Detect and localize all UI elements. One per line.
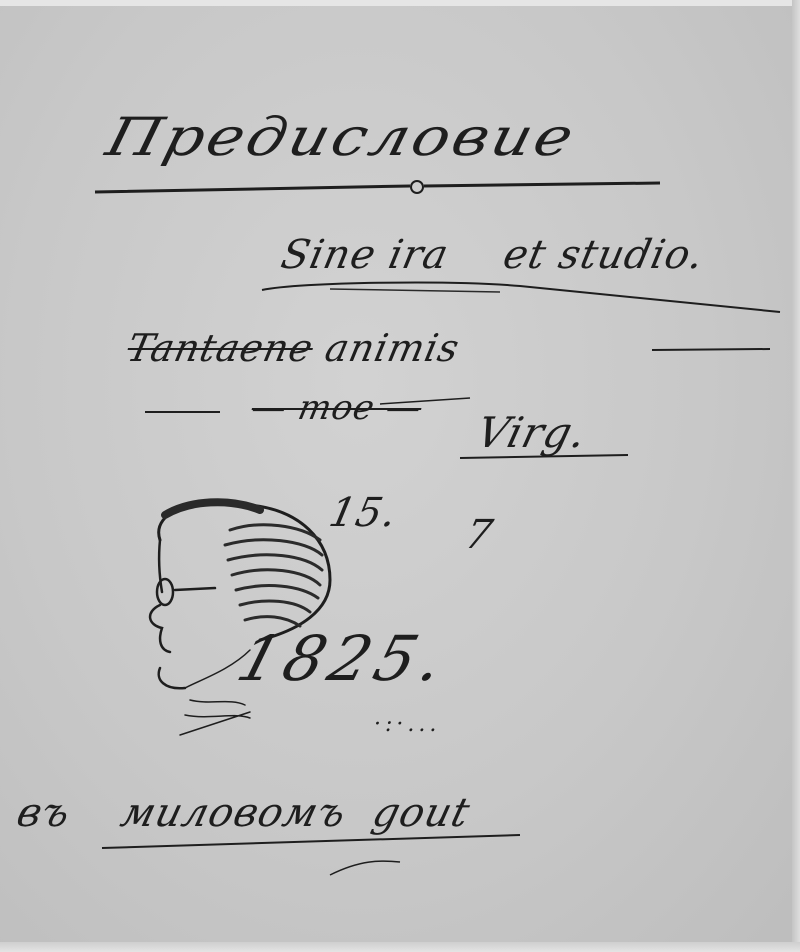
epigraph-source: Virg. — [472, 408, 593, 457]
ellipsis-dots: ·:·... — [374, 712, 440, 737]
closing-word-2: миловомъ — [116, 790, 351, 836]
closing-word-3: gout — [368, 790, 475, 836]
date-day: 15. — [325, 490, 401, 536]
page-title: Предисловие — [100, 105, 582, 167]
closing-line: въмиловомъgout — [12, 790, 475, 836]
profile-sketch — [150, 502, 330, 735]
epigraph-word: animis — [321, 326, 463, 370]
epigraph-line-1: Sine iraet studio. — [277, 232, 708, 278]
epigraph-line-2: Tantaene animis — [123, 326, 463, 370]
epigraph-line-1-part-2: et studio. — [499, 232, 708, 278]
struck-word: Tantaene — [123, 326, 317, 370]
epigraph-line-1-part-1: Sine ira — [277, 232, 453, 278]
date-year: 1825. — [230, 622, 458, 695]
epigraph-line-3: — moe — — [248, 388, 426, 428]
closing-word-1: въ — [12, 790, 75, 836]
manuscript-page: Предисловие Sine iraet studio. Tantaene … — [0, 0, 800, 952]
